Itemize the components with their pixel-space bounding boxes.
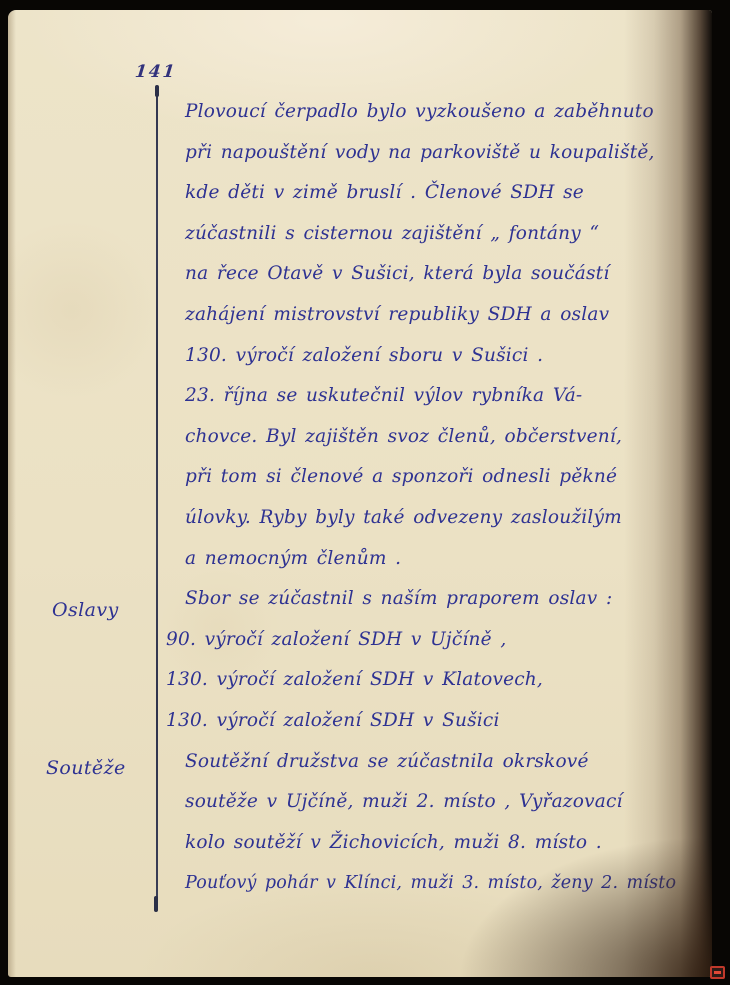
corner-shadow xyxy=(442,827,712,977)
red-watermark-bar xyxy=(714,971,721,974)
margin-label-oslavy: Oslavy xyxy=(52,599,119,621)
paper-page: 141 Oslavy Soutěže Plovoucí čerpadlo byl… xyxy=(8,10,712,977)
scanned-chronicle-page: 141 Oslavy Soutěže Plovoucí čerpadlo byl… xyxy=(0,0,730,985)
red-watermark-icon xyxy=(710,966,725,979)
page-number: 141 xyxy=(134,62,178,82)
page-left-edge xyxy=(8,10,16,977)
margin-rule-line xyxy=(156,88,158,910)
margin-label-souteze: Soutěže xyxy=(46,757,126,779)
